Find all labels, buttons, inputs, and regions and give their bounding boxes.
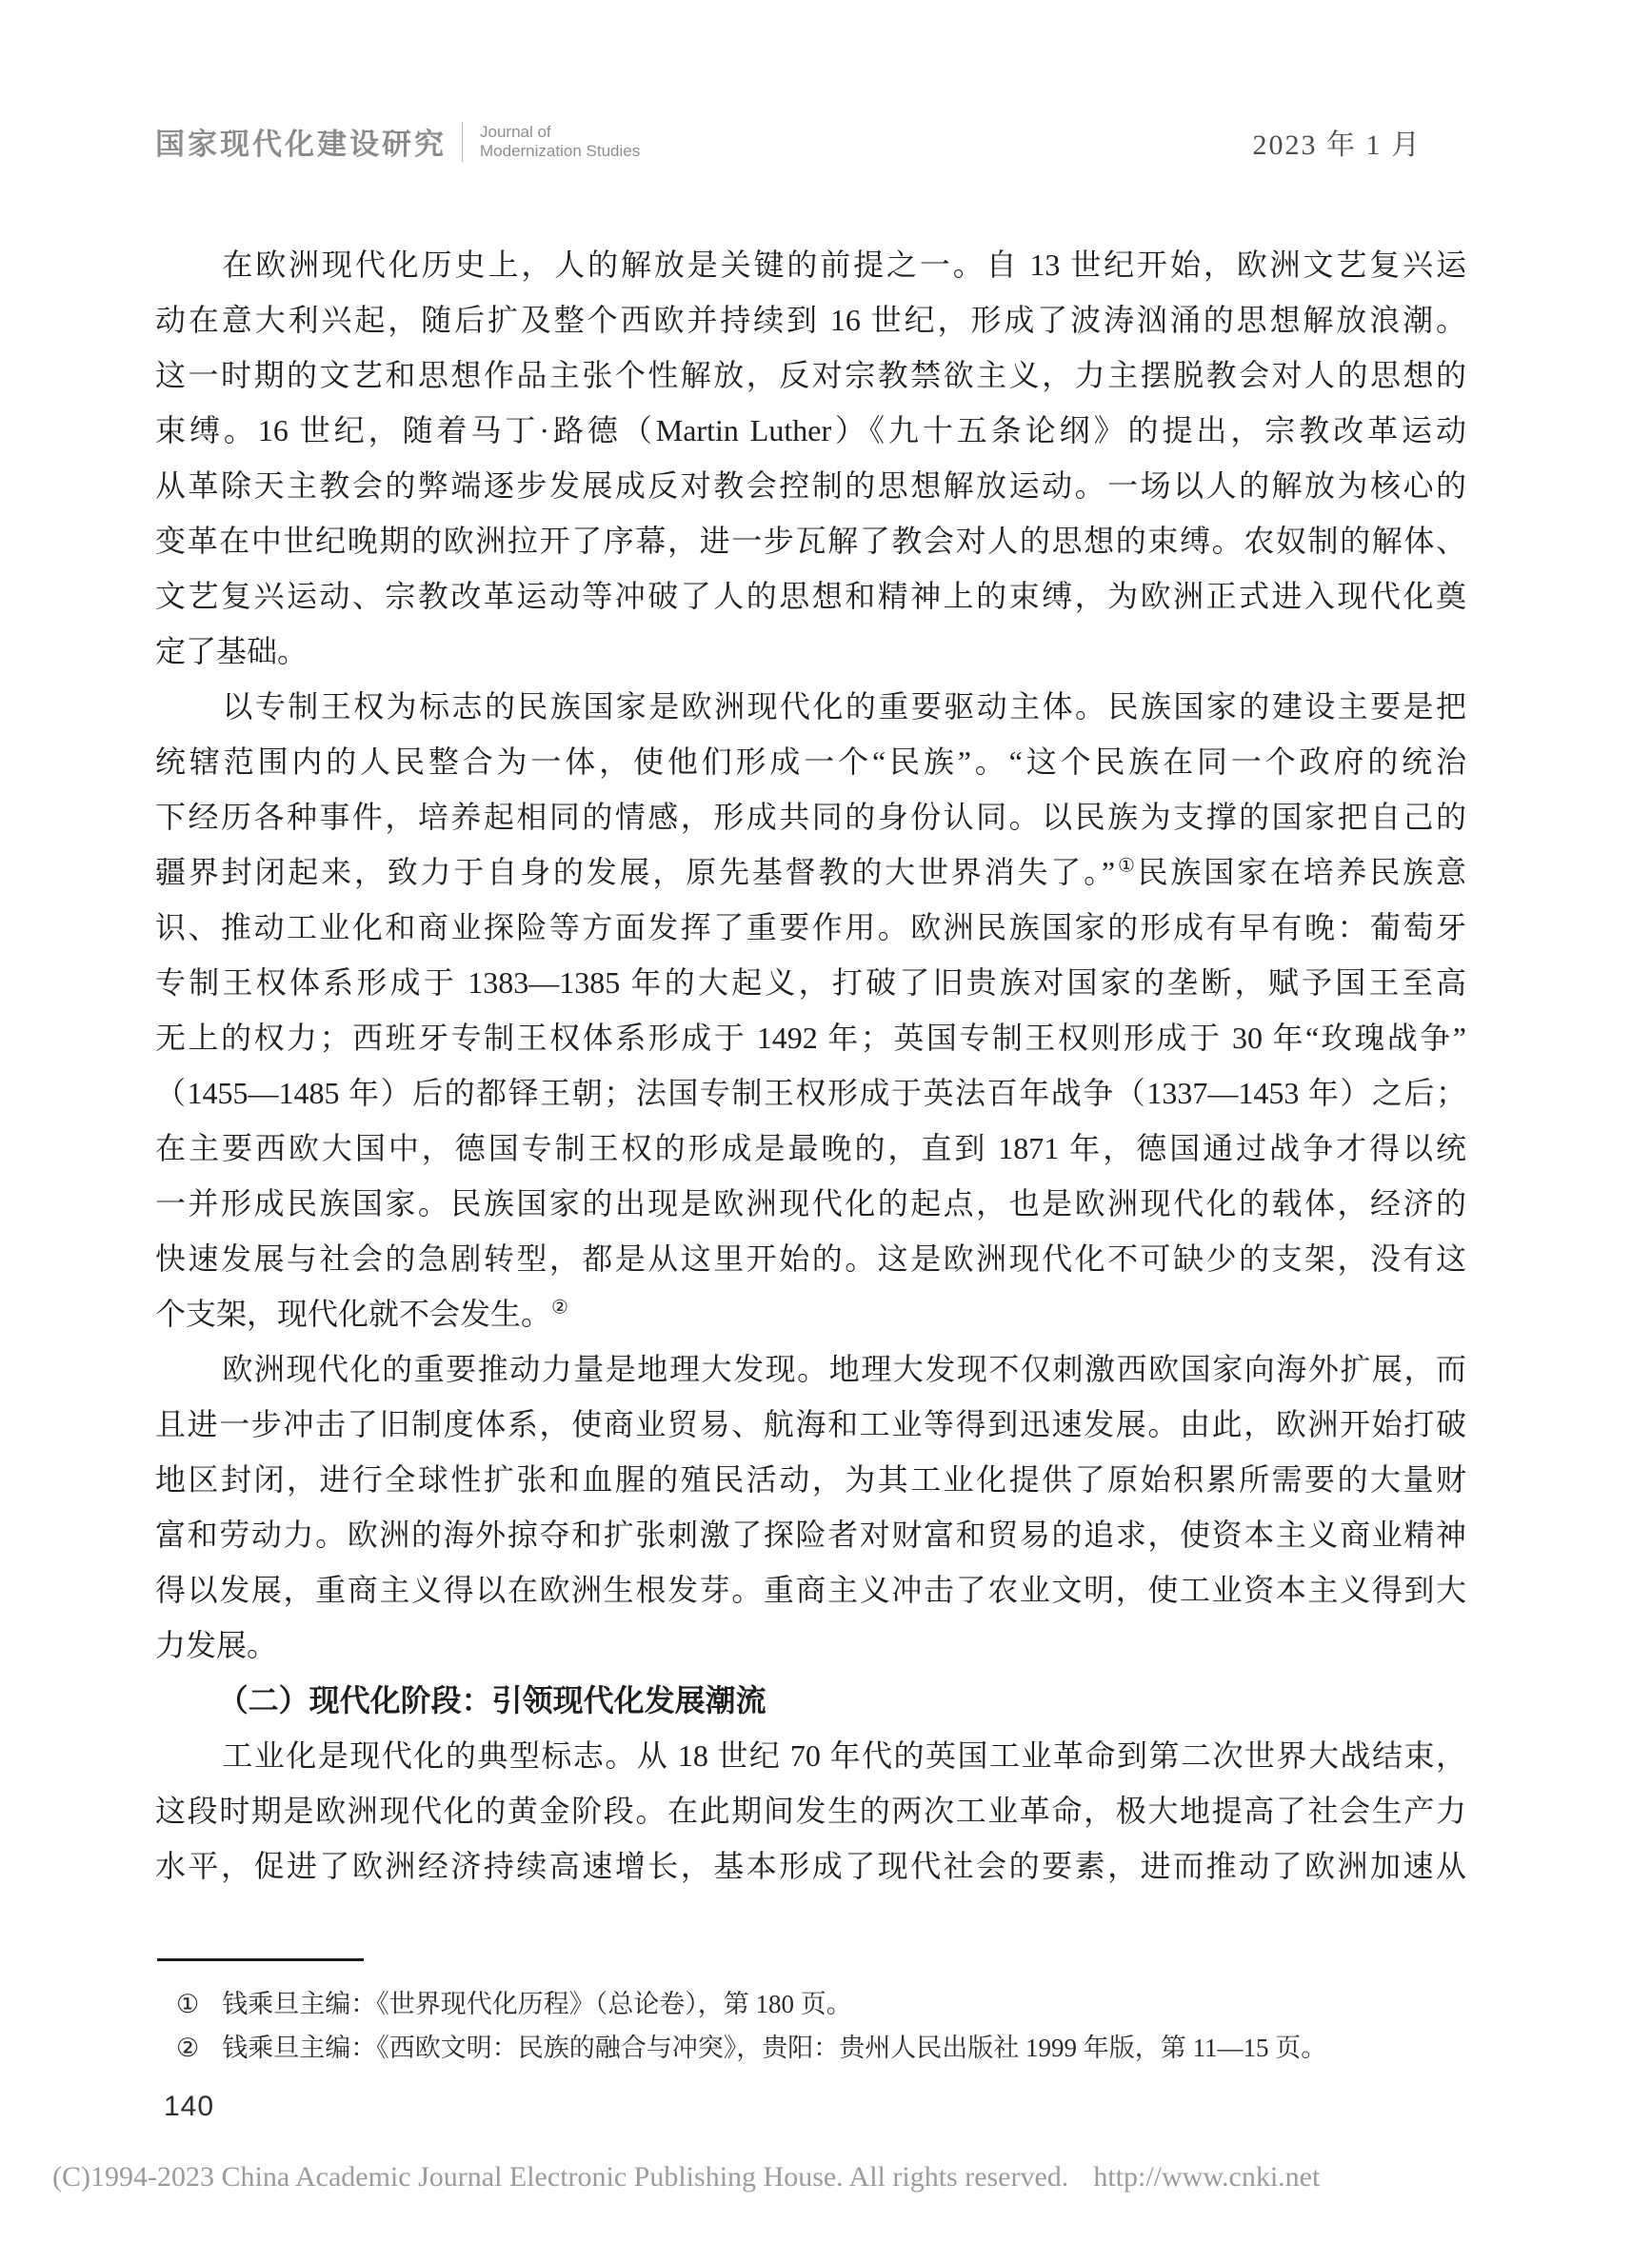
text-line: 快速发展与社会的急剧转型，都是从这里开始的。这是欧洲现代化不可缺少的支架，没有这 xyxy=(155,1231,1466,1286)
text-segment: 在主要西欧大国中，德国专制王权的形成是最晚的，直到 1871 年，德国通过战争才… xyxy=(155,1131,1466,1165)
issue-date: 2023 年 1 月 xyxy=(1253,121,1423,163)
text-segment: 得以发展，重商主义得以在欧洲生根发芽。重商主义冲击了农业文明，使工业资本主义得到… xyxy=(155,1573,1466,1607)
page-number: 140 xyxy=(164,2091,214,2123)
footnote-item: ①钱乘旦主编：《世界现代化历程》（总论卷），第 180 页。 xyxy=(155,1982,1466,2026)
text-segment: 从革除天主教会的弊端逐步发展成反对教会控制的思想解放运动。一场以人的解放为核心的 xyxy=(155,468,1466,503)
text-line: 力发展。 xyxy=(155,1618,1466,1673)
paragraph: 以专制王权为标志的民族国家是欧洲现代化的重要驱动主体。民族国家的建设主要是把统辖… xyxy=(155,679,1466,1341)
text-segment: 这一时期的文艺和思想作品主张个性解放，反对宗教禁欲主义，力主摆脱教会对人的思想的 xyxy=(155,358,1466,392)
article-body: 在欧洲现代化历史上，人的解放是关键的前提之一。自 13 世纪开始，欧洲文艺复兴运… xyxy=(155,237,1466,1894)
text-segment: 在欧洲现代化历史上，人的解放是关键的前提之一。自 13 世纪开始，欧洲文艺复兴运 xyxy=(222,248,1466,282)
header-divider xyxy=(462,122,463,162)
text-segment: 力发展。 xyxy=(155,1628,277,1662)
paragraph: 欧洲现代化的重要推动力量是地理大发现。地理大发现不仅刺激西欧国家向海外扩展，而且… xyxy=(155,1341,1466,1673)
footer-url: http://www.cnki.net xyxy=(1093,2161,1320,2193)
footnote-text: 钱乘旦主编：《世界现代化历程》（总论卷），第 180 页。 xyxy=(222,1982,1466,2026)
text-segment: 民族国家在培养民族意 xyxy=(1138,855,1466,889)
copyright-footer: (C)1994-2023 China Academic Journal Elec… xyxy=(52,2161,1614,2193)
journal-title-en: Journal of Modernization Studies xyxy=(480,123,640,161)
text-segment: 无上的权力；西班牙专制王权体系形成于 1492 年；英国专制王权则形成于 30 … xyxy=(155,1021,1466,1055)
footnote-marker: ② xyxy=(176,2026,199,2070)
text-line: 无上的权力；西班牙专制王权体系形成于 1492 年；英国专制王权则形成于 30 … xyxy=(155,1010,1466,1065)
journal-page: 国家现代化建设研究 Journal of Modernization Studi… xyxy=(0,0,1652,2243)
text-segment: 工业化是现代化的典型标志。从 18 世纪 70 年代的英国工业革命到第二次世界大… xyxy=(222,1738,1466,1773)
text-segment: 一并形成民族国家。民族国家的出现是欧洲现代化的起点，也是欧洲现代化的载体，经济的 xyxy=(155,1186,1466,1221)
text-line: 在主要西欧大国中，德国专制王权的形成是最晚的，直到 1871 年，德国通过战争才… xyxy=(155,1121,1466,1176)
text-segment: 束缚。16 世纪，随着马丁·路德（Martin Luther）《九十五条论纲》的… xyxy=(155,413,1466,447)
text-segment: 富和劳动力。欧洲的海外掠夺和扩张刺激了探险者对财富和贸易的追求，使资本主义商业精… xyxy=(155,1518,1466,1552)
text-line: 工业化是现代化的典型标志。从 18 世纪 70 年代的英国工业革命到第二次世界大… xyxy=(155,1728,1466,1783)
text-segment: 动在意大利兴起，随后扩及整个西欧并持续到 16 世纪，形成了波涛汹涌的思想解放浪… xyxy=(155,303,1466,337)
text-segment: 快速发展与社会的急剧转型，都是从这里开始的。这是欧洲现代化不可缺少的支架，没有这 xyxy=(155,1241,1466,1276)
text-segment: 专制王权体系形成于 1383—1385 年的大起义，打破了旧贵族对国家的垄断，赋… xyxy=(155,965,1466,1000)
text-segment: 个支架，现代化就不会发生。 xyxy=(155,1297,551,1331)
text-line: 以专制王权为标志的民族国家是欧洲现代化的重要驱动主体。民族国家的建设主要是把 xyxy=(155,679,1466,734)
text-line: 且进一步冲击了旧制度体系，使商业贸易、航海和工业等得到迅速发展。由此，欧洲开始打… xyxy=(155,1397,1466,1452)
page-header: 国家现代化建设研究 Journal of Modernization Studi… xyxy=(155,120,1466,163)
text-segment: 定了基础。 xyxy=(155,634,308,668)
footnote-item: ②钱乘旦主编：《西欧文明：民族的融合与冲突》，贵阳：贵州人民出版社 1999 年… xyxy=(155,2026,1466,2070)
text-line: 专制王权体系形成于 1383—1385 年的大起义，打破了旧贵族对国家的垄断，赋… xyxy=(155,955,1466,1010)
footnote-reference: ① xyxy=(1115,855,1137,876)
journal-title-zh: 国家现代化建设研究 xyxy=(155,120,447,163)
footnote-marker: ① xyxy=(176,1982,199,2026)
text-line: （1455—1485 年）后的都铎王朝；法国专制王权形成于英法百年战争（1337… xyxy=(155,1065,1466,1121)
footnote-text: 钱乘旦主编：《西欧文明：民族的融合与冲突》，贵阳：贵州人民出版社 1999 年版… xyxy=(222,2026,1466,2070)
text-line: 地区封闭，进行全球性扩张和血腥的殖民活动，为其工业化提供了原始积累所需要的大量财 xyxy=(155,1452,1466,1507)
text-line: 水平，促进了欧洲经济持续高速增长，基本形成了现代社会的要素，进而推动了欧洲加速从 xyxy=(155,1838,1466,1894)
footnotes: ①钱乘旦主编：《世界现代化历程》（总论卷），第 180 页。②钱乘旦主编：《西欧… xyxy=(155,1982,1466,2070)
section-heading: （二）现代化阶段：引领现代化发展潮流 xyxy=(155,1673,1466,1728)
text-line: 定了基础。 xyxy=(155,624,1466,679)
text-segment: 文艺复兴运动、宗教改革运动等冲破了人的思想和精神上的束缚，为欧洲正式进入现代化奠 xyxy=(155,579,1466,613)
footnote-reference: ② xyxy=(551,1297,568,1318)
text-line: 动在意大利兴起，随后扩及整个西欧并持续到 16 世纪，形成了波涛汹涌的思想解放浪… xyxy=(155,292,1466,347)
text-line: 在欧洲现代化历史上，人的解放是关键的前提之一。自 13 世纪开始，欧洲文艺复兴运 xyxy=(155,237,1466,292)
text-line: 统辖范围内的人民整合为一体，使他们形成一个“民族”。“这个民族在同一个政府的统治 xyxy=(155,734,1466,789)
text-segment: 水平，促进了欧洲经济持续高速增长，基本形成了现代社会的要素，进而推动了欧洲加速从 xyxy=(155,1849,1466,1883)
text-segment: （1455—1485 年）后的都铎王朝；法国专制王权形成于英法百年战争（1337… xyxy=(155,1076,1466,1110)
text-segment: 地区封闭，进行全球性扩张和血腥的殖民活动，为其工业化提供了原始积累所需要的大量财 xyxy=(155,1462,1466,1497)
text-segment: 以专制王权为标志的民族国家是欧洲现代化的重要驱动主体。民族国家的建设主要是把 xyxy=(222,689,1466,724)
text-segment: 这段时期是欧洲现代化的黄金阶段。在此期间发生的两次工业革命，极大地提高了社会生产… xyxy=(155,1794,1466,1828)
text-line: 一并形成民族国家。民族国家的出现是欧洲现代化的起点，也是欧洲现代化的载体，经济的 xyxy=(155,1176,1466,1231)
footnote-separator xyxy=(157,1958,364,1961)
text-line: 欧洲现代化的重要推动力量是地理大发现。地理大发现不仅刺激西欧国家向海外扩展，而 xyxy=(155,1341,1466,1397)
paragraph: 在欧洲现代化历史上，人的解放是关键的前提之一。自 13 世纪开始，欧洲文艺复兴运… xyxy=(155,237,1466,679)
text-segment: 且进一步冲击了旧制度体系，使商业贸易、航海和工业等得到迅速发展。由此，欧洲开始打… xyxy=(155,1407,1466,1441)
text-line: 富和劳动力。欧洲的海外掠夺和扩张刺激了探险者对财富和贸易的追求，使资本主义商业精… xyxy=(155,1507,1466,1562)
text-segment: 下经历各种事件，培养起相同的情感，形成共同的身份认同。以民族为支撑的国家把自己的 xyxy=(155,800,1466,834)
text-line: 下经历各种事件，培养起相同的情感，形成共同的身份认同。以民族为支撑的国家把自己的 xyxy=(155,789,1466,844)
journal-title-en-line2: Modernization Studies xyxy=(480,142,640,161)
text-line: 这一时期的文艺和思想作品主张个性解放，反对宗教禁欲主义，力主摆脱教会对人的思想的 xyxy=(155,347,1466,403)
copyright-text: (C)1994-2023 China Academic Journal Elec… xyxy=(52,2161,1068,2193)
text-line: 疆界封闭起来，致力于自身的发展，原先基督教的大世界消失了。”①民族国家在培养民族… xyxy=(155,844,1466,900)
text-line: 从革除天主教会的弊端逐步发展成反对教会控制的思想解放运动。一场以人的解放为核心的 xyxy=(155,458,1466,513)
text-segment: 欧洲现代化的重要推动力量是地理大发现。地理大发现不仅刺激西欧国家向海外扩展，而 xyxy=(222,1352,1466,1386)
text-segment: 统辖范围内的人民整合为一体，使他们形成一个“民族”。“这个民族在同一个政府的统治 xyxy=(155,744,1466,779)
text-line: 变革在中世纪晚期的欧洲拉开了序幕，进一步瓦解了教会对人的思想的束缚。农奴制的解体… xyxy=(155,513,1466,568)
paragraph: 工业化是现代化的典型标志。从 18 世纪 70 年代的英国工业革命到第二次世界大… xyxy=(155,1728,1466,1894)
text-line: 束缚。16 世纪，随着马丁·路德（Martin Luther）《九十五条论纲》的… xyxy=(155,403,1466,458)
text-line: 这段时期是欧洲现代化的黄金阶段。在此期间发生的两次工业革命，极大地提高了社会生产… xyxy=(155,1783,1466,1838)
text-line: 个支架，现代化就不会发生。② xyxy=(155,1286,1466,1341)
text-segment: 变革在中世纪晚期的欧洲拉开了序幕，进一步瓦解了教会对人的思想的束缚。农奴制的解体… xyxy=(155,524,1466,558)
text-segment: 识、推动工业化和商业探险等方面发挥了重要作用。欧洲民族国家的形成有早有晚：葡萄牙 xyxy=(155,910,1466,944)
journal-title-en-line1: Journal of xyxy=(480,123,640,142)
text-segment: 疆界封闭起来，致力于自身的发展，原先基督教的大世界消失了。” xyxy=(155,855,1115,889)
text-line: 识、推动工业化和商业探险等方面发挥了重要作用。欧洲民族国家的形成有早有晚：葡萄牙 xyxy=(155,900,1466,955)
text-line: 得以发展，重商主义得以在欧洲生根发芽。重商主义冲击了农业文明，使工业资本主义得到… xyxy=(155,1562,1466,1618)
text-line: 文艺复兴运动、宗教改革运动等冲破了人的思想和精神上的束缚，为欧洲正式进入现代化奠 xyxy=(155,568,1466,624)
